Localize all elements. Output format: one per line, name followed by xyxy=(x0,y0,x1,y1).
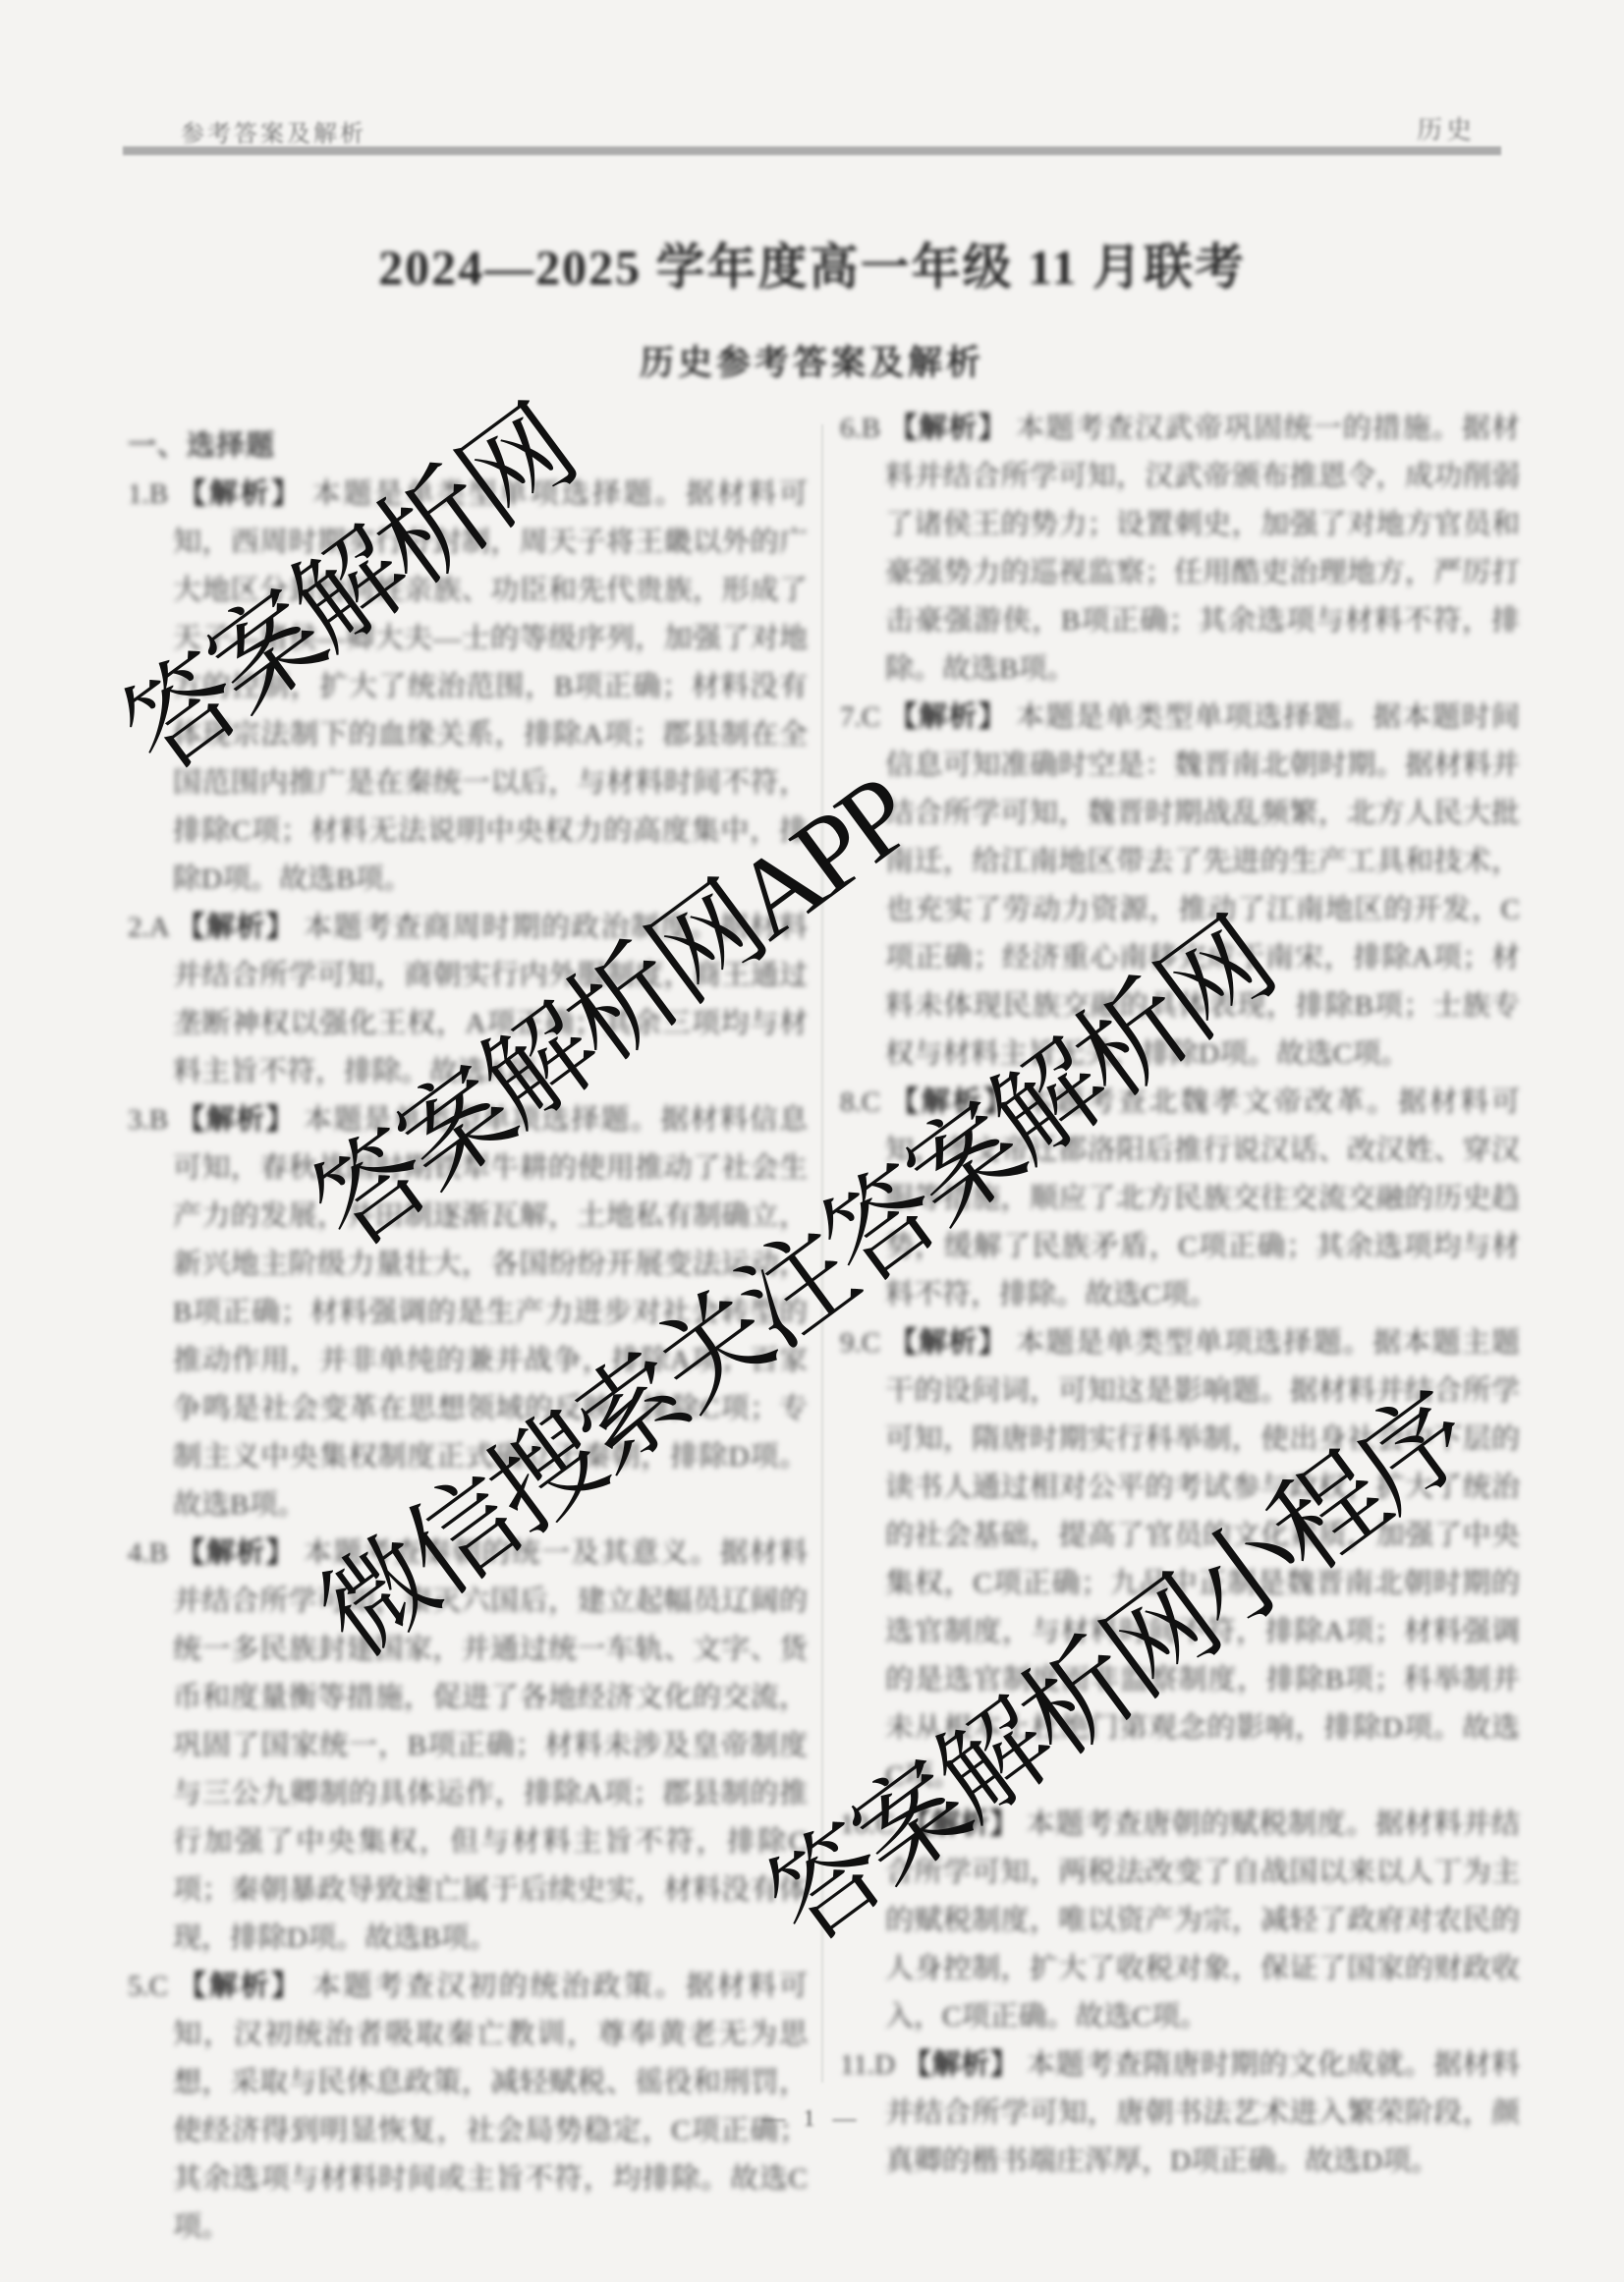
page-subtitle: 历史参考答案及解析 xyxy=(0,336,1624,385)
analysis-tag: 【解析】 xyxy=(177,912,296,943)
answer-item-8: 8.C 【解析】 本题考查北魏孝文帝改革。据材料可知，孝文帝迁都洛阳后推行说汉话… xyxy=(840,1079,1520,1319)
answer-item-label: 9.C xyxy=(840,1327,880,1359)
analysis-tag: 【解析】 xyxy=(889,701,1008,733)
answer-item-3: 3.B 【解析】 本题是单类型单项选择题。据材料信息可知，春秋战国时期铁犁牛耕的… xyxy=(128,1096,808,1530)
answer-item-text: 本题是单类型单项选择题。据材料信息可知，春秋战国时期铁犁牛耕的使用推动了社会生产… xyxy=(173,1104,808,1521)
column-divider xyxy=(821,424,823,2083)
answer-item-label: 4.B xyxy=(128,1537,168,1569)
running-header-right: 历史 xyxy=(1417,110,1476,146)
answer-item-label: 11.D xyxy=(840,2049,895,2081)
analysis-tag: 【解析】 xyxy=(178,1971,303,2002)
running-header-left: 参考答案及解析 xyxy=(181,114,366,148)
answer-item-text: 本题考查北魏孝文帝改革。据材料可知，孝文帝迁都洛阳后推行说汉话、改汉姓、穿汉服等… xyxy=(885,1086,1520,1310)
answer-item-label: 3.B xyxy=(128,1104,168,1136)
analysis-tag: 【解析】 xyxy=(903,2049,1019,2081)
analysis-tag: 【解析】 xyxy=(177,1537,296,1569)
analysis-tag: 【解析】 xyxy=(889,1327,1008,1359)
answer-item-label: 6.B xyxy=(840,413,880,444)
answer-item-text: 本题是单类型单项选择题。据本题时间信息可知准确时空是：魏晋南北朝时期。据材料并结… xyxy=(885,701,1520,1070)
analysis-tag: 【解析】 xyxy=(889,413,1008,444)
left-column: 一、选择题 1.B 【解析】 本题是单类型单项选择题。据材料可知，西周时期实行分… xyxy=(128,422,808,2252)
right-column: 6.B 【解析】 本题考查汉武帝巩固统一的措施。据材料并结合所学可知，汉武帝颁布… xyxy=(840,405,1520,2186)
answer-item-label: 2.A xyxy=(128,912,168,943)
scanned-exam-answer-page: 参考答案及解析 历史 2024—2025 学年度高一年级 11 月联考 历史参考… xyxy=(0,0,1624,2282)
answer-item-text: 本题考查汉武帝巩固统一的措施。据材料并结合所学可知，汉武帝颁布推恩令，成功削弱了… xyxy=(885,413,1520,685)
answer-item-6: 6.B 【解析】 本题考查汉武帝巩固统一的措施。据材料并结合所学可知，汉武帝颁布… xyxy=(840,405,1520,694)
answer-item-label: 7.C xyxy=(840,701,880,733)
answer-item-10: 10.C 【解析】 本题考查唐朝的赋税制度。据材料并结合所学可知，两税法改变了自… xyxy=(840,1801,1520,2041)
answer-item-label: 5.C xyxy=(128,1971,168,2002)
analysis-tag: 【解析】 xyxy=(178,478,303,510)
answer-item-text: 本题考查秦朝的统一及其意义。据材料并结合所学可知，秦灭六国后，建立起幅员辽阔的统… xyxy=(173,1537,808,1954)
answer-item-text: 本题是单类型单项选择题。据材料可知，西周时期实行分封制，周天子将王畿以外的广大地… xyxy=(173,478,808,895)
answer-item-1: 1.B 【解析】 本题是单类型单项选择题。据材料可知，西周时期实行分封制，周天子… xyxy=(128,471,808,904)
answer-item-2: 2.A 【解析】 本题考查商周时期的政治制度。据材料并结合所学可知，商朝实行内外… xyxy=(128,904,808,1096)
answer-item-text: 本题是单类型单项选择题。据本题主题干的设问词，可知这是影响题。据材料并结合所学可… xyxy=(885,1327,1520,1792)
section-heading: 一、选择题 xyxy=(128,422,808,471)
analysis-tag: 【解析】 xyxy=(890,1086,1015,1118)
answer-item-4: 4.B 【解析】 本题考查秦朝的统一及其意义。据材料并结合所学可知，秦灭六国后，… xyxy=(128,1530,808,1963)
analysis-tag: 【解析】 xyxy=(177,1104,296,1136)
analysis-tag: 【解析】 xyxy=(902,1809,1018,1840)
answer-item-label: 1.B xyxy=(128,478,168,510)
page-number: — 1 — xyxy=(0,2106,1624,2133)
header-rule xyxy=(123,146,1501,155)
answer-item-label: 8.C xyxy=(840,1086,880,1118)
answer-item-text: 本题考查唐朝的赋税制度。据材料并结合所学可知，两税法改变了自战国以来以人丁为主的… xyxy=(885,1809,1520,2032)
answer-item-9: 9.C 【解析】 本题是单类型单项选择题。据本题主题干的设问词，可知这是影响题。… xyxy=(840,1319,1520,1801)
page-title: 2024—2025 学年度高一年级 11 月联考 xyxy=(0,228,1624,299)
answer-item-label: 10.C xyxy=(840,1809,895,1840)
answer-item-7: 7.C 【解析】 本题是单类型单项选择题。据本题时间信息可知准确时空是：魏晋南北… xyxy=(840,694,1520,1079)
